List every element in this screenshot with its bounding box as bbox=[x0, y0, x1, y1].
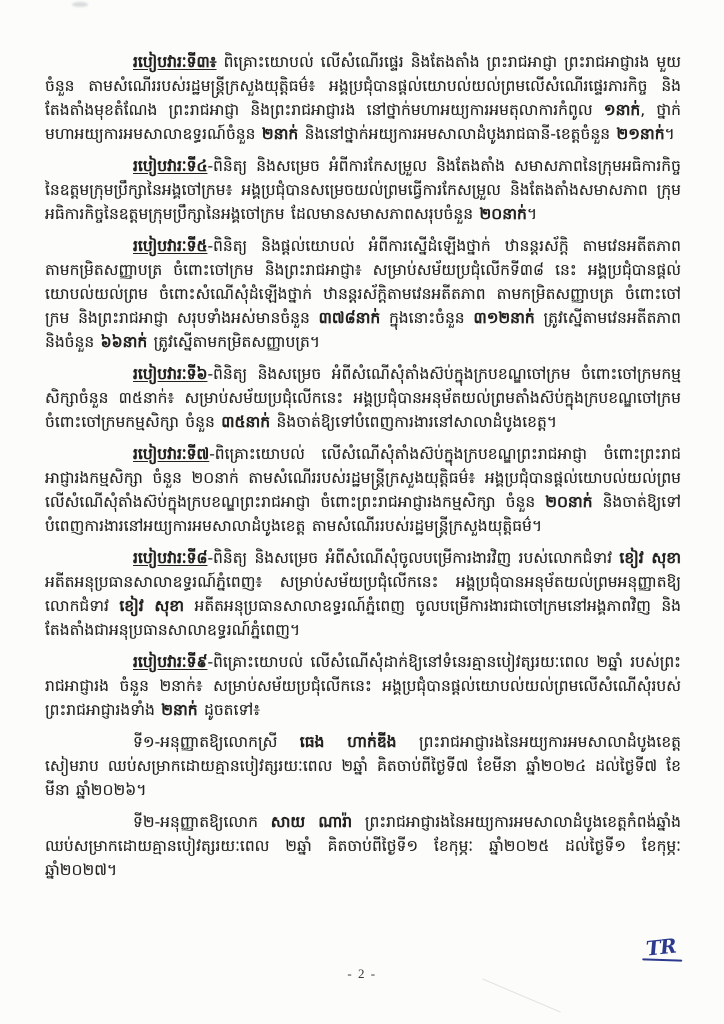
agenda-heading: របៀបវារៈទី៨ bbox=[133, 549, 207, 567]
sub-item-1: ទី១-អនុញ្ញាតឱ្យលោកស្រី ធេង ហាក់ឌីង ព្រះរ… bbox=[45, 730, 681, 802]
text-run: ៣១២នាក់ bbox=[473, 309, 534, 327]
agenda-heading: របៀបវារៈទី៦ bbox=[133, 365, 207, 383]
scan-artifact-dot bbox=[72, 2, 88, 7]
text-run: សាយ ណារ៉ា bbox=[271, 813, 352, 831]
text-run: ក្នុងនោះចំនួន bbox=[380, 309, 473, 327]
text-run: ទី១-អនុញ្ញាតឱ្យលោកស្រី bbox=[133, 733, 300, 751]
initials-stamp-underline bbox=[642, 958, 682, 962]
text-run: ដូចតទៅ៖ bbox=[198, 701, 260, 719]
text-run: ។ bbox=[665, 125, 675, 143]
text-run: ២១នាក់ bbox=[616, 125, 664, 143]
scan-crease bbox=[482, 978, 561, 1012]
text-run: និងចាត់ឱ្យទៅបំពេញការងារនៅសាលាដំបូងខេត្ត។ bbox=[270, 413, 557, 431]
agenda-item-6: របៀបវារៈទី៦-ពិនិត្យ និងសម្រេច អំពីសំណើសុ… bbox=[45, 362, 681, 434]
agenda-item-3: របៀបវារៈទី៣៖ ពិគ្រោះយោបល់ លើសំណើរផ្ទេរ ន… bbox=[45, 50, 681, 146]
text-run: ទី២-អនុញ្ញាតឱ្យលោក bbox=[133, 813, 271, 831]
text-run: ៦៦នាក់ bbox=[101, 333, 148, 351]
text-run: ១នាក់ bbox=[604, 101, 640, 119]
agenda-heading: របៀបវារៈទី៥ bbox=[133, 237, 207, 255]
agenda-heading: របៀបវារៈទី៩ bbox=[133, 653, 207, 671]
sub-item-2: ទី២-អនុញ្ញាតឱ្យលោក សាយ ណារ៉ា ព្រះរាជអាជ្… bbox=[45, 810, 681, 882]
text-run: ២នាក់ bbox=[262, 125, 298, 143]
initials-stamp: TR bbox=[634, 933, 690, 982]
text-run: ២០នាក់ bbox=[545, 493, 592, 511]
agenda-item-9: របៀបវារៈទី៩-ពិគ្រោះយោបល់ លើសំណើសុំដាក់ឱ្… bbox=[45, 650, 681, 722]
agenda-item-7: របៀបវារៈទី៧-ពិគ្រោះយោបល់ លើសំណើសុំតាំងស៊… bbox=[45, 442, 681, 538]
text-run: ២នាក់ bbox=[161, 701, 197, 719]
agenda-heading: របៀបវារៈទី៧ bbox=[133, 445, 209, 463]
text-run: ២០នាក់ bbox=[480, 205, 527, 223]
page-number: - 2 - bbox=[0, 966, 724, 982]
text-run: -ពិនិត្យ និងសម្រេច អំពីសំណើសុំចូលបម្រើកា… bbox=[207, 549, 619, 567]
document-body: របៀបវារៈទី៣៖ ពិគ្រោះយោបល់ លើសំណើរផ្ទេរ ន… bbox=[45, 50, 681, 890]
text-run: ៣៥នាក់ bbox=[221, 413, 270, 431]
scanned-document-page: របៀបវារៈទី៣៖ ពិគ្រោះយោបល់ លើសំណើរផ្ទេរ ន… bbox=[0, 0, 724, 1024]
text-run: និងនៅថ្នាក់អយ្យការអមសាលាដំបូងរាជធានី-ខេត… bbox=[298, 125, 616, 143]
text-run: ត្រូវស្នើតាមកម្រិតសញ្ញាបត្រ។ bbox=[147, 333, 320, 351]
text-run: ។ bbox=[527, 205, 537, 223]
agenda-heading: របៀបវារៈទី៤ bbox=[133, 157, 207, 175]
text-run: ៣៧៨នាក់ bbox=[319, 309, 381, 327]
text-run: ខៀវ សុខា bbox=[119, 597, 184, 615]
agenda-item-8: របៀបវារៈទី៨-ពិនិត្យ និងសម្រេច អំពីសំណើសុ… bbox=[45, 546, 681, 642]
agenda-item-5: របៀបវារៈទី៥-ពិនិត្យ និងផ្តល់យោបល់ អំពីកា… bbox=[45, 234, 681, 354]
initials-stamp-text: TR bbox=[634, 933, 688, 960]
agenda-heading: របៀបវារៈទី៣៖ bbox=[133, 53, 217, 71]
agenda-item-4: របៀបវារៈទី៤-ពិនិត្យ និងសម្រេច អំពីការកែស… bbox=[45, 154, 681, 226]
text-run: ខៀវ សុខា bbox=[619, 549, 681, 567]
text-run: ធេង ហាក់ឌីង bbox=[300, 733, 397, 751]
